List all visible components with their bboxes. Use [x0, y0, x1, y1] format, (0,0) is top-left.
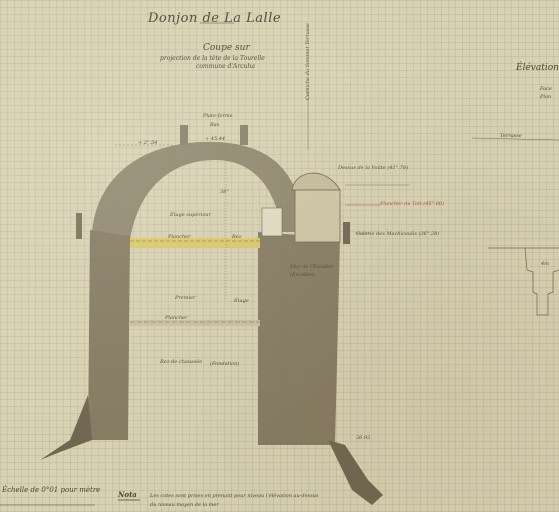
label-plate-forme-2: Bas — [210, 123, 219, 128]
label-upper-floor: Plancher — [168, 235, 191, 240]
label-elev-dim: 4m — [541, 262, 549, 267]
machicolation-bracket — [343, 222, 350, 244]
note-text-2: du niveau moyen de la mer — [150, 503, 219, 508]
label-top-level: + 45.44 — [205, 137, 225, 142]
label-upper-floor-2: Rez — [232, 235, 241, 240]
label-dome: Dessus de la Voûte (41°.78) — [338, 166, 408, 171]
drawing-subtitle: Coupe sur — [203, 44, 250, 53]
turret-dome — [292, 173, 340, 190]
label-tourelle-floor: Plancher du Toit (45°.00) — [380, 202, 444, 207]
label-cornice: Corniche du Sommet Terrasse — [306, 23, 311, 100]
label-first-storey-2: Étage — [234, 299, 249, 304]
label-plate-forme: Plate-forme — [203, 114, 233, 119]
label-upper-floor-3: 38° — [220, 190, 229, 195]
left-bracket — [76, 213, 82, 239]
label-machicolation: Galerie des Machicoulis (36°.28) — [356, 232, 439, 237]
keep-section-drawing — [0, 0, 559, 512]
elevation-note-1: Face — [540, 87, 552, 92]
right-footing — [328, 440, 383, 505]
right-merlon — [240, 125, 248, 145]
scale-label: Échelle de 0°01 pour mètre — [2, 487, 100, 494]
drawing-title: Donjon de La Lalle — [148, 12, 281, 25]
label-base-level: 26.93 — [356, 436, 370, 441]
label-ground-2: (Fondation) — [210, 362, 239, 367]
label-upper-storey: Étage supérieur — [170, 213, 211, 218]
lower-floor — [130, 320, 260, 326]
elevation-note-2: Plan — [540, 95, 551, 100]
wall-window — [262, 208, 282, 236]
label-lower-floor: Plancher — [165, 316, 188, 321]
label-ground: Rez-de-chaussée — [160, 360, 202, 365]
note-heading: Nota — [118, 491, 137, 498]
drawing-subtitle-line3: commune d'Arcuha — [196, 64, 255, 70]
left-merlon — [180, 125, 188, 145]
label-left-level: + 2°.54 — [138, 141, 157, 146]
left-wall — [88, 230, 130, 440]
left-footing — [40, 395, 92, 460]
label-right-line: Terrasse — [500, 134, 522, 139]
elevation-heading: Élévation — [516, 64, 559, 73]
drawing-sheet: Donjon de La Lalle Coupe sur projection … — [0, 0, 559, 512]
drawing-subtitle-line2: projection de la tête de la Tourelle — [160, 56, 265, 62]
turret-body — [295, 190, 340, 242]
elevation-sketch — [525, 248, 559, 315]
label-stair-2: (Escalier) — [290, 273, 314, 278]
label-first-storey: Premier — [175, 296, 195, 301]
label-stair: Mur de l'Escalier — [290, 265, 334, 270]
note-text: Les cotes sont prises en prenant pour ni… — [150, 494, 318, 499]
